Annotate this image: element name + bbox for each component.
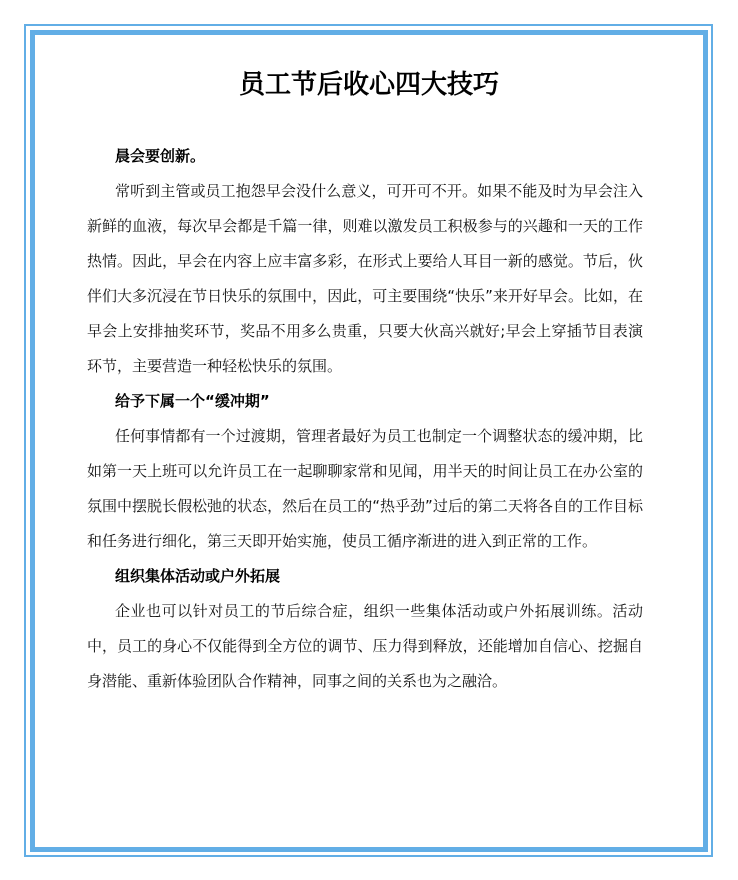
article-body: 晨会要创新。 常听到主管或员工抱怨早会没什么意义，可开可不开。如果不能及时为早会…: [87, 139, 643, 699]
section-paragraph: 常听到主管或员工抱怨早会没什么意义，可开可不开。如果不能及时为早会注入新鲜的血液…: [87, 174, 643, 384]
section-paragraph: 任何事情都有一个过渡期，管理者最好为员工也制定一个调整状态的缓冲期，比如第一天上…: [87, 419, 643, 559]
section-heading: 晨会要创新。: [87, 139, 643, 174]
article-title: 员工节后收心四大技巧: [0, 64, 738, 101]
section-heading: 组织集体活动或户外拓展: [87, 559, 643, 594]
section-paragraph: 企业也可以针对员工的节后综合症，组织一些集体活动或户外拓展训练。活动中，员工的身…: [87, 594, 643, 699]
section-heading: 给予下属一个“缓冲期”: [87, 384, 643, 419]
